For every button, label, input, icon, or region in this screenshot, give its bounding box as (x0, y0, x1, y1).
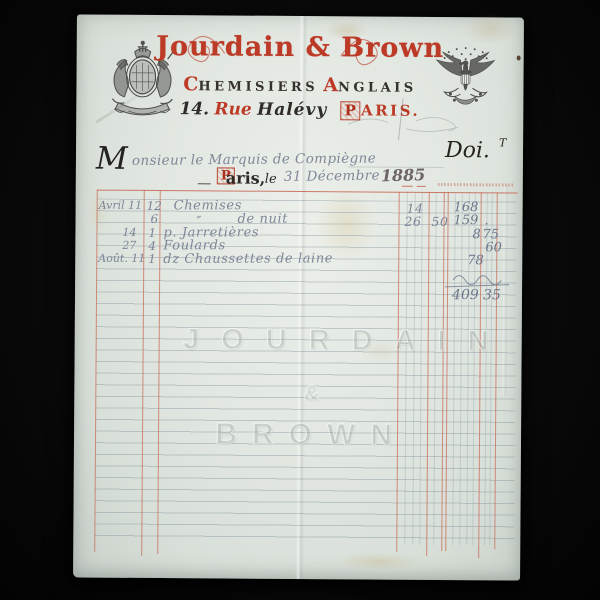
handwritten-date: 31 Décembre (284, 168, 380, 185)
entry-desc: dz Chaussettes de laine (163, 251, 333, 267)
entry-total-cents: 60 (485, 240, 502, 255)
entry-date: Août. 11 (98, 252, 145, 265)
fine-print-header (438, 183, 514, 187)
invoice-page: Jourdain & Brown CHEMISIERS ANGLAIS 14. … (73, 14, 524, 580)
engraved-flourish (346, 112, 466, 135)
monsieur-initial: M (96, 141, 128, 177)
subtitle-word2: NGLAIS (338, 80, 417, 96)
entry-total-francs: 8 (472, 227, 480, 242)
address-street: Halévy (257, 100, 327, 120)
dateline-red-dash (402, 186, 413, 187)
le-printed: le (265, 172, 277, 187)
dateline-dash (198, 183, 211, 184)
entry-date: 27 (122, 239, 136, 252)
grand-total-francs: 409 (452, 287, 479, 303)
recipient-handwritten: onsieur le Marquis de Compiègne (132, 150, 376, 169)
handwritten-year: 1885 (381, 165, 426, 185)
grand-total-cents: 35 (483, 287, 501, 303)
doit-superscript: T (499, 136, 506, 149)
entry-date: 14 (122, 226, 136, 239)
subtitle-initial-c: C (183, 73, 198, 95)
entry-qty: 1 (148, 226, 156, 240)
entry-price-cents: 50 (432, 214, 449, 229)
address-number: 14. (179, 99, 209, 119)
subtitle-initial-a: A (323, 74, 338, 96)
entry-qty: 12 (147, 199, 162, 213)
doit-label: Doi. (445, 138, 490, 163)
entry-total-francs: 159 (454, 213, 479, 228)
entry-qty: 4 (148, 239, 156, 253)
entry-desc: Chemises (174, 198, 242, 213)
entry-total-cents: . (485, 213, 489, 228)
american-eagle-emblem (424, 42, 507, 115)
entry-price-francs: 26 (405, 214, 422, 229)
entry-qty: 1 (148, 252, 156, 266)
address-rue: Rue (214, 99, 251, 119)
entry-qty: 6 (151, 212, 159, 226)
paris-printed: aris, (226, 168, 266, 187)
paper-stain (335, 552, 421, 571)
subtitle-word1: HEMISIERS (198, 79, 318, 95)
entry-total-francs: 78 (467, 253, 484, 268)
entry-date: Avril 11 (99, 199, 143, 212)
dateline-red-dash (417, 186, 426, 187)
photo-background: Jourdain & Brown CHEMISIERS ANGLAIS 14. … (0, 0, 600, 600)
